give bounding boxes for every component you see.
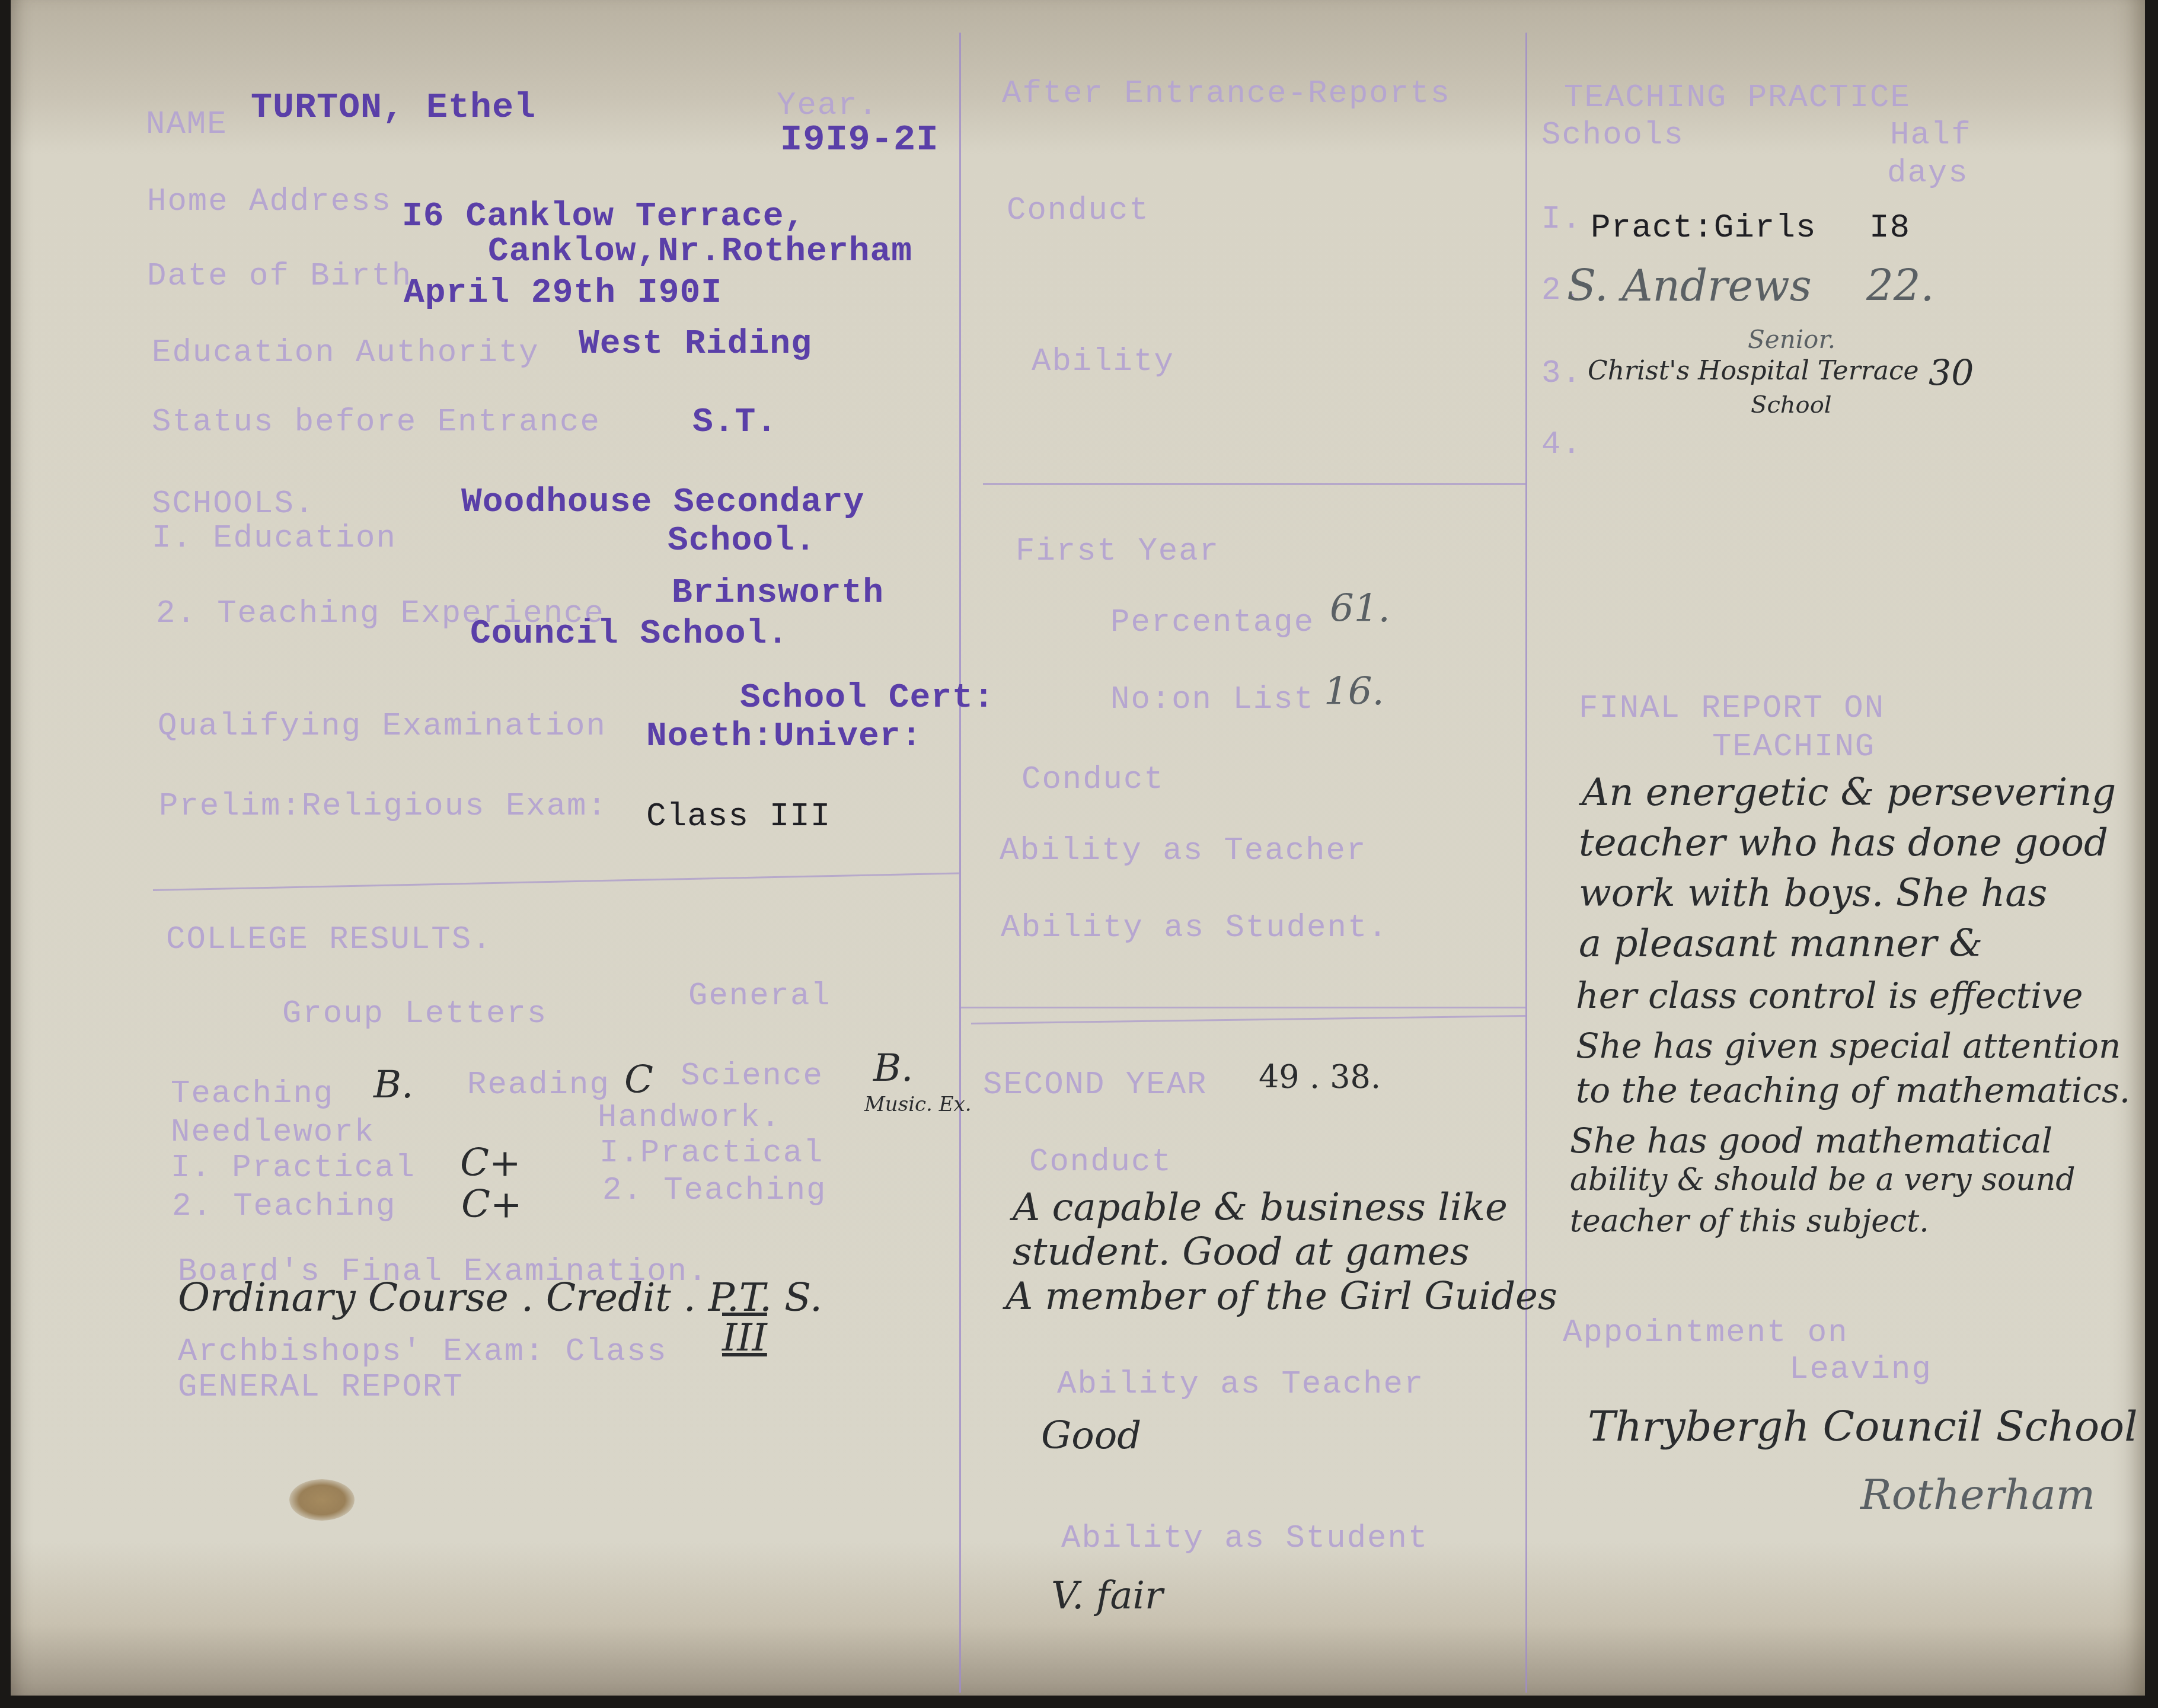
qualifying-line1: School Cert: <box>740 679 995 717</box>
final-report-line-10: teacher of this subject. <box>1570 1203 1929 1239</box>
final-report-line-2: teacher who has done good <box>1579 821 2108 865</box>
needlework-teaching-label: 2. Teaching <box>172 1189 396 1225</box>
appointment-label-2: Leaving <box>1789 1352 1932 1388</box>
handwork-label: Handwork. <box>598 1100 781 1136</box>
first-year-ability-student-label: Ability as Student. <box>1001 910 1388 946</box>
half-days-label-2: days <box>1887 155 1969 191</box>
boards-final-value: Ordinary Course . Credit . P.T. S. <box>178 1275 822 1320</box>
rule-after-entrance <box>983 483 1525 485</box>
percentage-value: 61. <box>1330 587 1390 631</box>
second-year-ability-student-value: V. fair <box>1051 1574 1163 1618</box>
column-divider-1 <box>959 33 961 1693</box>
needlework-practical-label: I. Practical <box>171 1150 416 1186</box>
name-value: TURTON, Ethel <box>251 88 536 128</box>
dob-label: Date of Birth <box>147 258 412 295</box>
second-year-conduct-line3: A member of the Girl Guides <box>1005 1275 1557 1318</box>
column-divider-2 <box>1525 33 1527 1693</box>
practice-row-1-school: Pract:Girls <box>1591 209 1817 247</box>
practice-row-2-days: 22. <box>1866 261 1934 311</box>
handwork-teaching-label: 2. Teaching <box>602 1173 826 1209</box>
needlework-label: Needlework <box>171 1115 375 1151</box>
science-grade-label: Science <box>681 1058 823 1094</box>
year-value: I9I9-2I <box>780 119 938 161</box>
science-grade: B. <box>873 1046 913 1090</box>
schools-heading: SCHOOLS. <box>152 486 315 522</box>
home-address-label: Home Address <box>147 184 392 220</box>
final-report-line-6: She has given special attention <box>1576 1026 2121 1066</box>
second-year-score: 49 . 38. <box>1259 1058 1381 1096</box>
education-line1: Woodhouse Secondary <box>461 483 864 522</box>
teaching-practice-schools-label: Schools <box>1541 117 1684 154</box>
half-days-label-1: Half <box>1890 117 1972 154</box>
percentage-label: Percentage <box>1110 605 1314 641</box>
after-entrance-heading: After Entrance-Reports <box>1002 76 1451 112</box>
qualifying-line2: Noeth:Univer: <box>646 717 922 756</box>
home-address-line1: I6 Canklow Terrace, <box>402 197 805 236</box>
first-year-heading: First Year <box>1016 534 1220 570</box>
archbishops-exam-label: Archbishops' Exam: Class <box>178 1334 668 1370</box>
archbishops-exam-value: III <box>722 1316 767 1360</box>
status-label: Status before Entrance <box>152 404 601 440</box>
practice-row-2-school: S. Andrews <box>1567 261 1812 311</box>
second-year-ability-teacher-value: Good <box>1041 1414 1141 1458</box>
practice-row-2-note: Senior. <box>1748 325 1835 354</box>
prelim-religious-value: Class III <box>646 797 831 835</box>
qualifying-exam-label: Qualifying Examination <box>158 708 606 745</box>
practice-row-3-note: School <box>1751 391 1832 419</box>
reading-grade: C <box>624 1058 653 1102</box>
practice-row-1-days: I8 <box>1869 209 1910 247</box>
name-label: NAME <box>146 107 228 143</box>
teaching-experience-line2: Council School. <box>470 615 788 653</box>
final-report-line-9: ability & should be a very sound <box>1570 1162 2076 1198</box>
needlework-practical-grade: C+ <box>460 1141 521 1185</box>
ink-stain <box>289 1479 355 1521</box>
teaching-grade: B. <box>373 1063 413 1107</box>
rule-second-year <box>959 1007 1525 1008</box>
final-report-line-4: a pleasant manner & <box>1579 922 1983 966</box>
after-entrance-ability-label: Ability <box>1032 344 1174 380</box>
final-report-line-7: to the teaching of mathematics. <box>1576 1070 2130 1110</box>
prelim-religious-label: Prelim:Religious Exam: <box>159 788 608 825</box>
rule-college-results <box>153 873 959 891</box>
needlework-teaching-grade: C+ <box>461 1183 522 1227</box>
general-report-label: GENERAL REPORT <box>178 1369 464 1406</box>
teaching-grade-label: Teaching <box>171 1076 334 1112</box>
final-report-line-3: work with boys. She has <box>1579 871 2047 915</box>
final-report-heading-2: TEACHING <box>1712 729 1875 765</box>
teaching-practice-heading: TEACHING PRACTICE <box>1564 80 1911 116</box>
teaching-experience-line1: Brinsworth <box>672 574 884 612</box>
home-address-line2: Canklow,Nr.Rotherham <box>488 232 912 271</box>
status-value: S.T. <box>692 403 777 442</box>
rule-first-year <box>971 1015 1525 1024</box>
final-report-line-8: She has good mathematical <box>1570 1120 2052 1161</box>
practice-row-3-num: 3. <box>1541 356 1582 392</box>
practice-row-3-days: 30 <box>1929 353 1974 394</box>
music-note: Music. Ex. <box>864 1093 972 1116</box>
final-report-line-1: An energetic & persevering <box>1582 771 2116 815</box>
first-year-conduct-label: Conduct <box>1021 762 1164 798</box>
appointment-line-1: Thrybergh Council School <box>1588 1402 2138 1451</box>
education-line2: School. <box>668 522 816 560</box>
second-year-conduct-line2: student. Good at games <box>1013 1230 1470 1274</box>
college-results-heading: COLLEGE RESULTS. <box>166 922 492 958</box>
practice-row-1-num: I. <box>1541 202 1582 238</box>
practice-row-3-school: Christ's Hospital Terrace <box>1588 356 1919 386</box>
second-year-ability-teacher-label: Ability as Teacher <box>1057 1367 1424 1403</box>
education-authority-value: West Riding <box>579 325 812 363</box>
education-label: I. Education <box>152 521 397 557</box>
appointment-line-2: Rotherham <box>1860 1470 2095 1519</box>
second-year-ability-student-label: Ability as Student <box>1061 1521 1428 1557</box>
reading-grade-label: Reading <box>467 1067 610 1103</box>
general-label: General <box>688 978 831 1014</box>
dob-value: April 29th I90I <box>404 274 722 312</box>
final-report-heading-1: FINAL REPORT ON <box>1579 691 1885 727</box>
appointment-label-1: Appointment on <box>1563 1315 1849 1351</box>
record-card: NAME TURTON, Ethel Year. I9I9-2I Home Ad… <box>11 0 2145 1696</box>
no-on-list-value: 16. <box>1324 670 1384 714</box>
final-report-line-5: her class control is effective <box>1576 975 2083 1017</box>
second-year-heading: SECOND YEAR <box>983 1067 1207 1103</box>
first-year-ability-teacher-label: Ability as Teacher <box>1000 833 1367 869</box>
education-authority-label: Education Authority <box>152 335 539 371</box>
group-letters-label: Group Letters <box>282 996 547 1032</box>
handwork-practical-label: I.Practical <box>599 1135 823 1171</box>
after-entrance-conduct-label: Conduct <box>1007 193 1150 229</box>
practice-row-4-num: 4. <box>1541 427 1582 463</box>
second-year-conduct-label: Conduct <box>1029 1144 1172 1180</box>
no-on-list-label: No:on List <box>1110 682 1314 718</box>
second-year-conduct-line1: A capable & business like <box>1013 1186 1508 1230</box>
